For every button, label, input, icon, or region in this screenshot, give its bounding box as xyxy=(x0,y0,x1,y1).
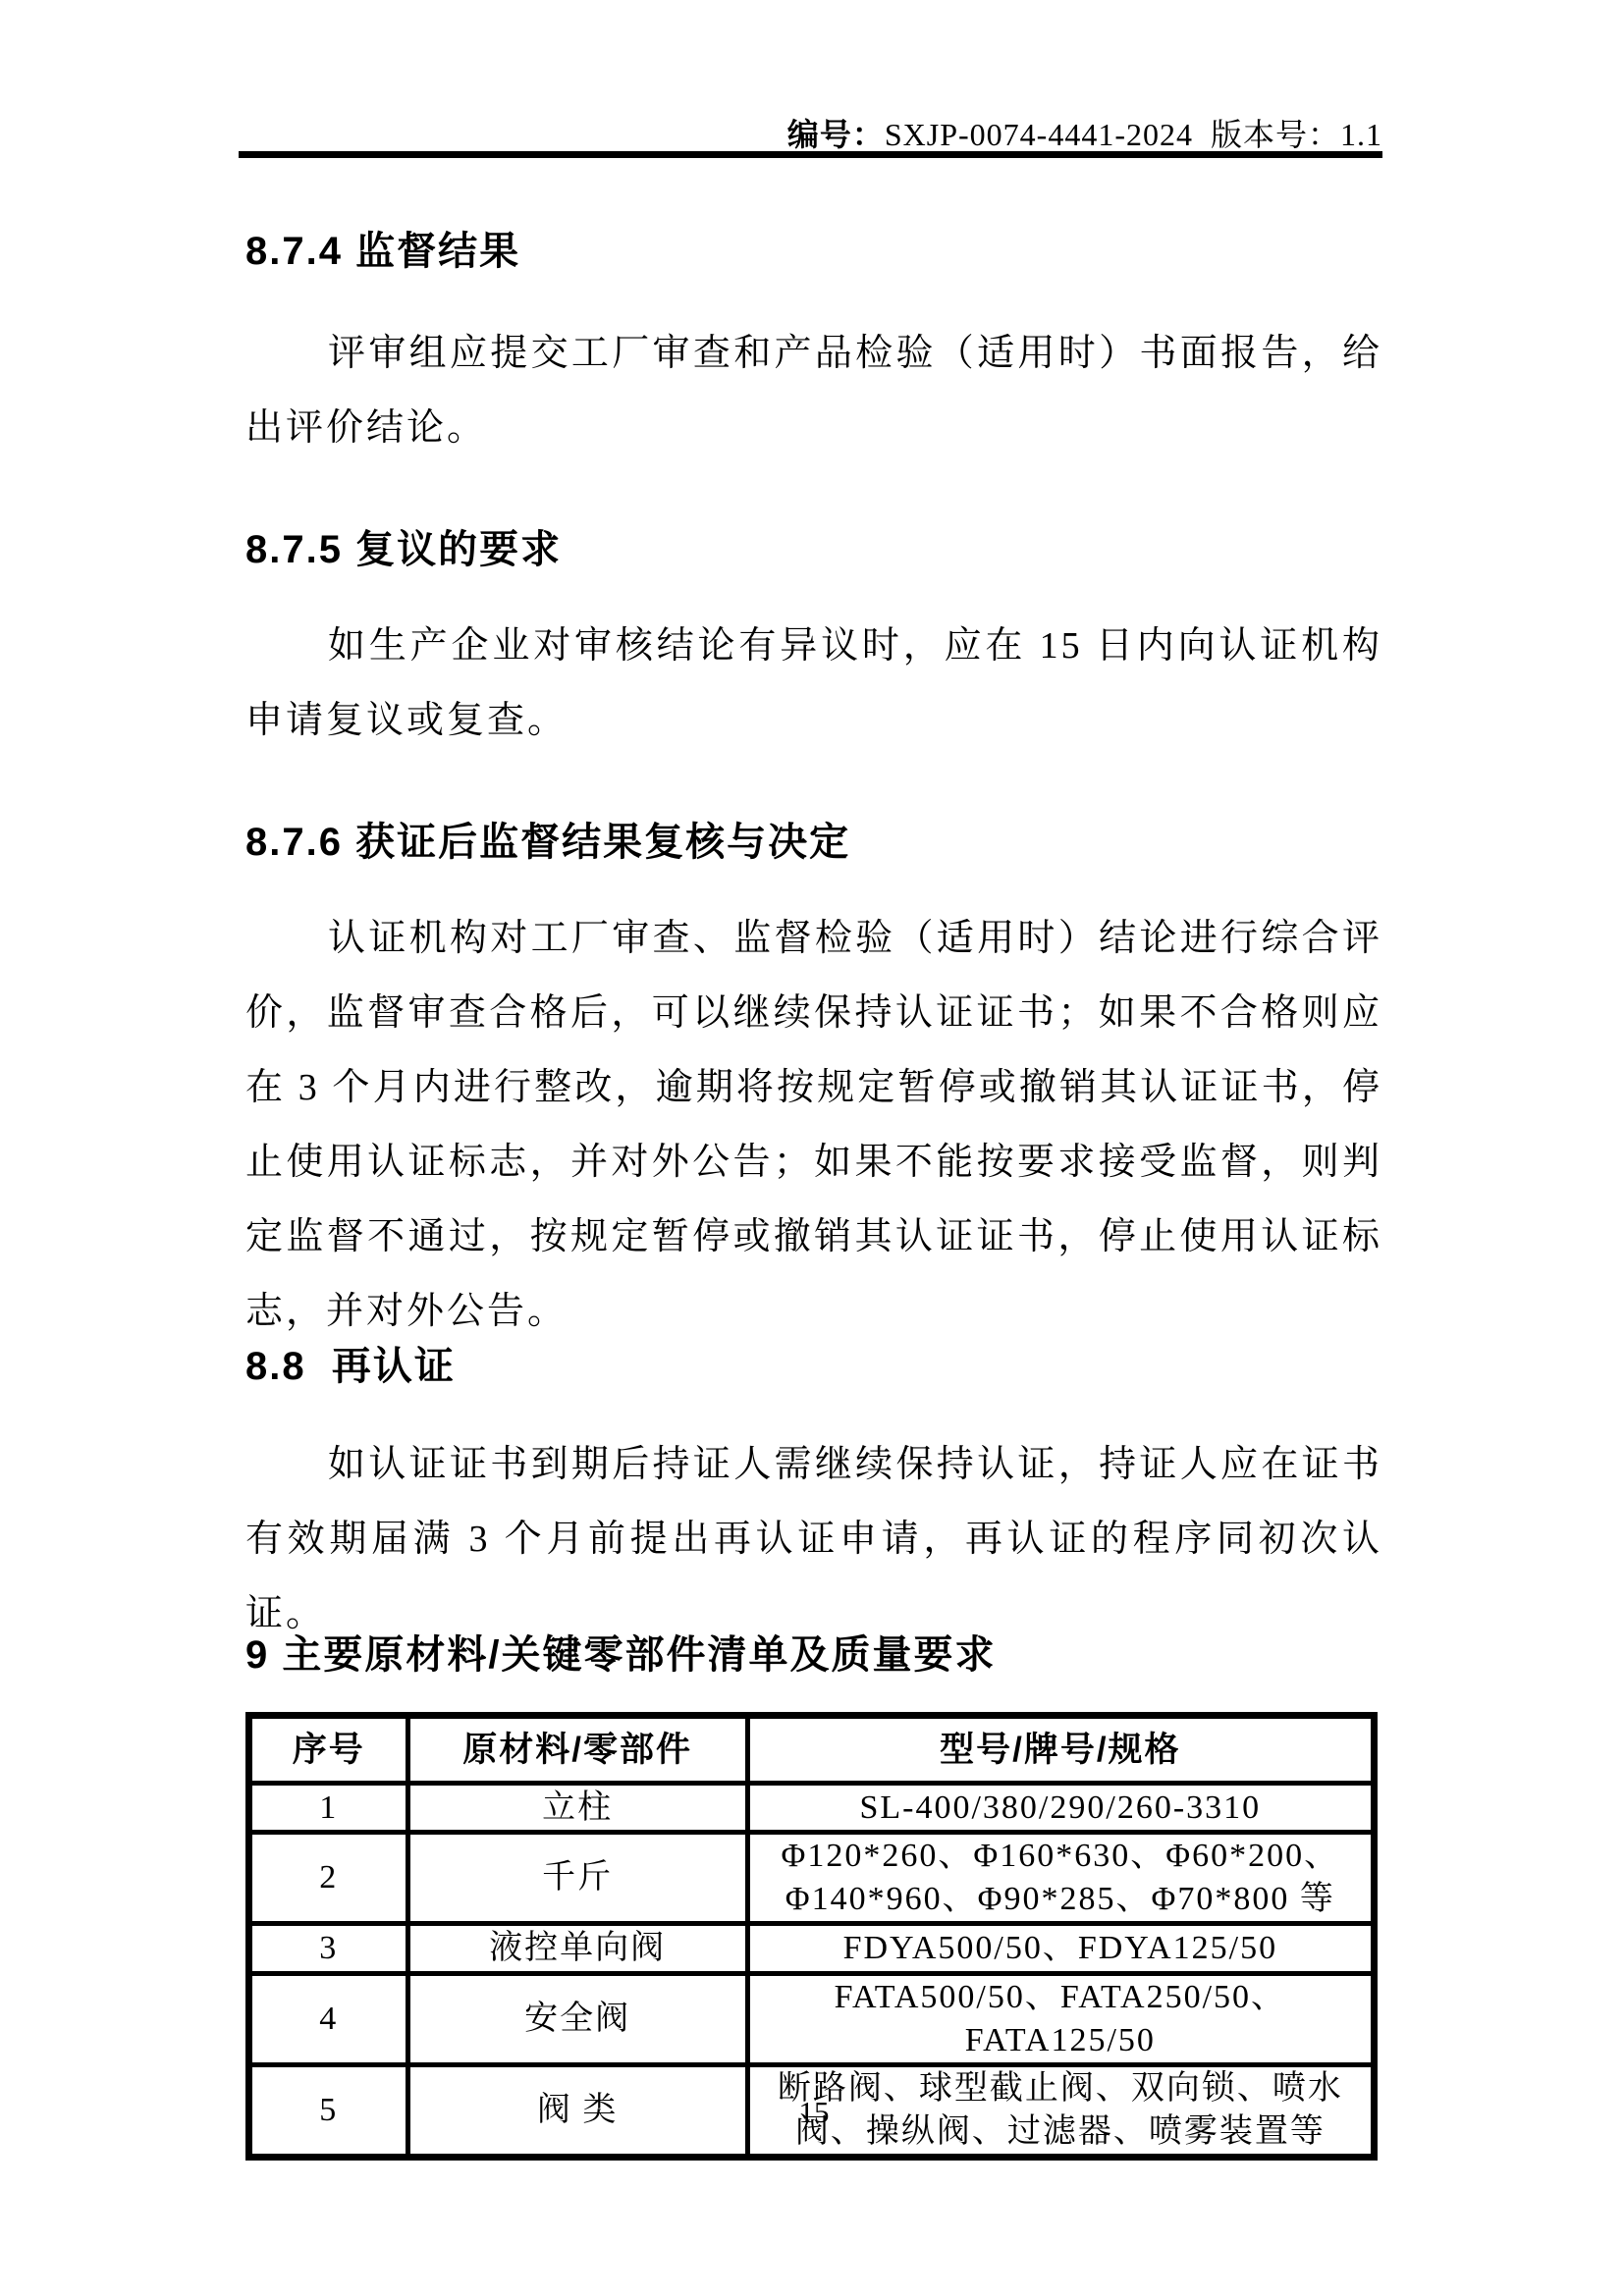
document-page: 编号：SXJP-0074-4441-2024 版本号：1.1 8.7.4 监督结… xyxy=(0,0,1624,2296)
table-row: 2 千斤 Φ120*260、Φ160*630、Φ60*200、Φ140*960、… xyxy=(249,1833,1375,1924)
table-row: 1 立柱 SL-400/380/290/260-3310 xyxy=(249,1784,1375,1833)
doc-number-value: SXJP-0074-4441-2024 版本号：1.1 xyxy=(885,117,1382,152)
table-cell-index: 1 xyxy=(249,1784,408,1833)
section-heading-8-7-6: 8.7.6 获证后监督结果复核与决定 xyxy=(245,811,850,867)
table-header-material: 原材料/零部件 xyxy=(407,1716,747,1784)
table-row: 3 液控单向阀 FDYA500/50、FDYA125/50 xyxy=(249,1924,1375,1974)
table-header-index: 序号 xyxy=(249,1716,408,1784)
section-paragraph-8-8: 如认证证书到期后持证人需继续保持认证，持证人应在证书有效期届满 3 个月前提出再… xyxy=(245,1427,1382,1651)
table-cell-spec: SL-400/380/290/260-3310 xyxy=(747,1784,1374,1833)
section-paragraph-8-7-6: 认证机构对工厂审查、监督检验（适用时）结论进行综合评价，监督审查合格后，可以继续… xyxy=(245,901,1382,1349)
table-header-row: 序号 原材料/零部件 型号/牌号/规格 xyxy=(249,1716,1375,1784)
table-cell-material: 立柱 xyxy=(407,1784,747,1833)
table-cell-index: 4 xyxy=(249,1974,408,2065)
section-paragraph-8-7-5: 如生产企业对审核结论有异议时，应在 15 日内向认证机构申请复议或复查。 xyxy=(245,609,1382,758)
table-cell-material: 安全阀 xyxy=(407,1974,747,2065)
table-cell-material: 千斤 xyxy=(407,1833,747,1924)
table-row: 4 安全阀 FATA500/50、FATA250/50、FATA125/50 xyxy=(249,1974,1375,2065)
table-cell-index: 2 xyxy=(249,1833,408,1924)
section-heading-8-7-5: 8.7.5 复议的要求 xyxy=(245,518,562,574)
table-cell-spec: FATA500/50、FATA250/50、FATA125/50 xyxy=(747,1974,1374,2065)
section-heading-9: 9 主要原材料/关键零部件清单及质量要求 xyxy=(245,1624,996,1680)
header-rule xyxy=(239,151,1382,158)
section-paragraph-8-7-4: 评审组应提交工厂审查和产品检验（适用时）书面报告，给出评价结论。 xyxy=(245,316,1382,465)
page-number: 15 xyxy=(245,2095,1382,2130)
table-cell-spec: Φ120*260、Φ160*630、Φ60*200、Φ140*960、Φ90*2… xyxy=(747,1833,1374,1924)
doc-number-label: 编号： xyxy=(787,117,885,152)
doc-header: 编号：SXJP-0074-4441-2024 版本号：1.1 xyxy=(787,110,1382,155)
table-header-spec: 型号/牌号/规格 xyxy=(747,1716,1374,1784)
table-cell-material: 液控单向阀 xyxy=(407,1924,747,1974)
section-heading-8-7-4: 8.7.4 监督结果 xyxy=(245,220,520,276)
table-cell-spec: FDYA500/50、FDYA125/50 xyxy=(747,1924,1374,1974)
table-cell-index: 3 xyxy=(249,1924,408,1974)
section-heading-8-8: 8.8 再认证 xyxy=(245,1335,456,1391)
materials-table: 序号 原材料/零部件 型号/牌号/规格 1 立柱 SL-400/380/290/… xyxy=(245,1712,1378,2161)
